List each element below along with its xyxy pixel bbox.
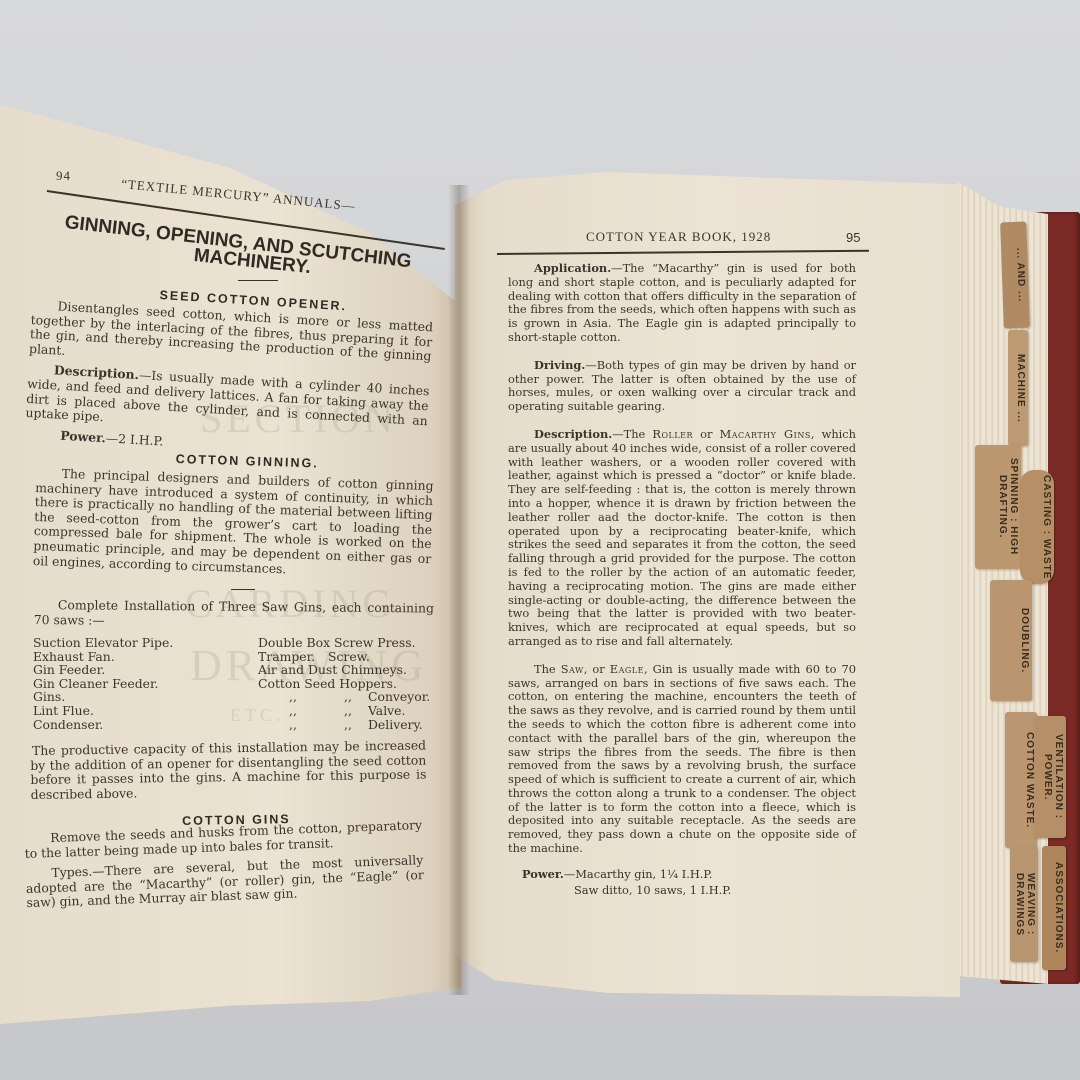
ditto-mark: ,, [328,718,368,732]
equipment-item: Double Box Screw Press. [258,636,488,650]
ditto-mark: ,, [328,704,368,718]
cotton-ginning-text: The principal designers and builders of … [33,466,434,581]
title-divider [238,280,278,281]
equipment-item: Gins. [33,690,258,704]
equipment-item: Exhaust Fan. [33,650,258,664]
equipment-item: Cotton Seed Hoppers. [258,677,488,691]
installation-list: Suction Elevator Pipe. Double Box Screw … [33,636,433,731]
installation-intro: Complete Installation of Three Saw Gins,… [34,598,434,637]
book-gutter [448,185,470,995]
installation-intro-text: Complete Installation of Three Saw Gins,… [34,598,434,631]
index-tab[interactable]: DOUBLING. [990,580,1032,701]
capacity-note: The productive capacity of this installa… [30,738,427,808]
equipment-item: Suction Elevator Pipe. [33,636,258,650]
cotton-gins-types: Types.—There are several, but the most u… [25,853,424,911]
equipment-item: Delivery. [368,718,488,732]
equipment-item: Conveyor. [368,690,488,704]
equipment-item: Valve. [368,704,488,718]
equipment-item: Condenser. [33,718,258,732]
cotton-gins-body: Remove the seeds and husks from the cott… [24,818,425,917]
description-paragraph: Description.—The Roller or Macarthy Gins… [508,428,856,649]
index-tab[interactable]: VENTILATION : POWER. [1034,716,1066,838]
index-tab[interactable]: COTTON WASTE. [1005,712,1037,848]
right-page-body: Application.—The “Macarthy” gin is used … [508,262,856,903]
page-number-right: 95 [846,230,860,245]
equipment-item: Screw. [328,650,488,664]
index-tab[interactable]: ... AND ... [1000,222,1030,329]
equipment-item: Air and Dust Chimneys. [258,663,488,677]
equipment-item: Lint Flue. [33,704,258,718]
index-tab[interactable]: CASTING : WASTE [1020,470,1054,584]
index-tab[interactable]: WEAVING : DRAWINGS [1010,846,1038,962]
index-tab[interactable]: ASSOCIATIONS. [1042,846,1066,970]
cotton-ginning-body: The principal designers and builders of … [32,466,433,587]
seed-cotton-opener-body: Disentangles seed cotton, which is more … [24,298,434,470]
section-divider [231,589,255,590]
ditto-mark: ,, [258,690,328,704]
ditto-mark: ,, [258,718,328,732]
capacity-note-text: The productive capacity of this installa… [30,738,427,802]
equipment-item: Gin Feeder. [33,663,258,677]
ditto-mark: ,, [328,690,368,704]
index-tab[interactable]: SPINNING : HIGH DRAFTING. [975,445,1021,569]
power-line-1: Power.—Macarthy gin, 1¼ I.H.P. [508,868,856,882]
running-head-right: COTTON YEAR BOOK, 1928 [586,229,771,245]
saw-gin-paragraph: The Saw, or Eagle, Gin is usually made w… [508,663,856,856]
equipment-item: Gin Cleaner Feeder. [33,677,258,691]
page-number-left: 94 [56,168,71,184]
index-tab[interactable]: MACHINE ... [1008,330,1028,446]
driving-paragraph: Driving.—Both types of gin may be driven… [508,359,856,414]
power-line-2: Saw ditto, 10 saws, 1 I.H.P. [508,884,856,898]
application-paragraph: Application.—The “Macarthy” gin is used … [508,262,856,345]
ditto-mark: ,, [258,704,328,718]
